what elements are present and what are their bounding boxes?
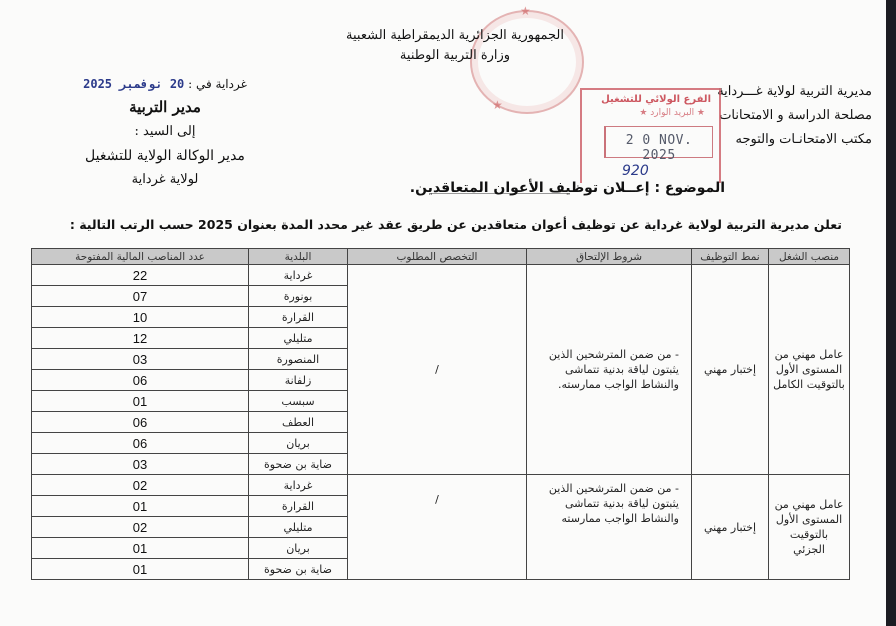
star-icon: ★ (492, 98, 503, 112)
mode-cell: إختبار مهني (692, 475, 769, 580)
header-count: عدد المناصب المالية المفتوحة (32, 249, 249, 265)
table-header-row: منصب الشغل نمط التوظيف شروط الإلتحاق الت… (32, 249, 850, 265)
reception-stamp: الفرع الولائي للتشغيل ★ البريد الوارد ★ … (580, 88, 721, 183)
count-cell: 06 (32, 433, 249, 454)
date-value: 20 نوفمبر 2025 (83, 77, 184, 91)
commune-cell: متليلي (249, 328, 348, 349)
count-cell: 10 (32, 307, 249, 328)
count-cell: 03 (32, 454, 249, 475)
viewer-background (886, 0, 896, 626)
stamp-mail-label: ★ البريد الوارد ★ (639, 108, 705, 118)
commune-cell: متليلي (249, 517, 348, 538)
stamp-agency: الفرع الولائي للتشغيل (601, 94, 711, 105)
commune-cell: سبسب (249, 391, 348, 412)
table-row: عامل مهني من المستوى الأول بالتوقيت الكا… (32, 265, 850, 286)
commune-cell: المنصورة (249, 349, 348, 370)
commune-cell: غرداية (249, 475, 348, 496)
mode-cell: إختبار مهني (692, 265, 769, 475)
stamp-number: 920 (622, 163, 649, 179)
sender-title: مدير التربية (40, 94, 290, 120)
stamp-date: 2 0 NOV. 2025 (606, 133, 712, 163)
header-mode: نمط التوظيف (692, 249, 769, 265)
commune-cell: القرارة (249, 496, 348, 517)
date-line: غرداية في : 20 نوفمبر 2025 (40, 74, 290, 94)
table-row: عامل مهني من المستوى الأول بالتوقيت الجز… (32, 475, 850, 496)
specialty-cell: / (348, 265, 527, 475)
count-cell: 06 (32, 412, 249, 433)
star-icon: ★ (520, 4, 531, 18)
specialty-cell: / (348, 475, 527, 580)
addressee-block: غرداية في : 20 نوفمبر 2025 مدير التربية … (40, 74, 290, 192)
recipient-title: مدير الوكالة الولاية للتشغيل (40, 144, 290, 168)
subject-line: الموضوع : إعــلان توظيف الأعوان المتعاقد… (345, 180, 725, 196)
commune-cell: ضاية بن ضحوة (249, 454, 348, 475)
count-cell: 02 (32, 517, 249, 538)
commune-cell: بونورة (249, 286, 348, 307)
header-commune: البلدية (249, 249, 348, 265)
count-cell: 06 (32, 370, 249, 391)
recipient-wilaya: لولاية غرداية (40, 168, 290, 192)
commune-cell: ضاية بن ضحوة (249, 559, 348, 580)
stamp-date-box: 2 0 NOV. 2025 (604, 126, 713, 158)
count-cell: 01 (32, 538, 249, 559)
count-cell: 01 (32, 496, 249, 517)
position-cell: عامل مهني من المستوى الأول بالتوقيت الكا… (769, 265, 850, 475)
count-cell: 02 (32, 475, 249, 496)
intro-paragraph: تعلن مديرية التربية لولاية غرداية عن توظ… (142, 217, 842, 232)
ministry-title: وزارة التربية الوطنية (300, 46, 610, 66)
commune-cell: القرارة (249, 307, 348, 328)
count-cell: 07 (32, 286, 249, 307)
header-conditions: شروط الإلتحاق (527, 249, 692, 265)
commune-cell: العطف (249, 412, 348, 433)
count-cell: 01 (32, 391, 249, 412)
commune-cell: زلفانة (249, 370, 348, 391)
count-cell: 01 (32, 559, 249, 580)
document-page: ★ ★ الجمهورية الجزائرية الديمقراطية الشع… (0, 0, 886, 626)
conditions-cell: - من ضمن المترشحين الذين يثبتون لياقة بد… (527, 475, 692, 580)
count-cell: 12 (32, 328, 249, 349)
count-cell: 22 (32, 265, 249, 286)
header-position: منصب الشغل (769, 249, 850, 265)
count-cell: 03 (32, 349, 249, 370)
to-label: إلى السيد : (40, 120, 290, 144)
header-specialty: التخصص المطلوب (348, 249, 527, 265)
date-label: غرداية في : (188, 77, 247, 91)
conditions-cell: - من ضمن المترشحين الذين يثبتون لياقة بد… (527, 265, 692, 475)
commune-cell: بريان (249, 538, 348, 559)
republic-title: الجمهورية الجزائرية الديمقراطية الشعبية (300, 26, 610, 46)
commune-cell: غرداية (249, 265, 348, 286)
position-cell: عامل مهني من المستوى الأول بالتوقيت الجز… (769, 475, 850, 580)
commune-cell: بريان (249, 433, 348, 454)
national-header: الجمهورية الجزائرية الديمقراطية الشعبية … (300, 26, 610, 66)
positions-table: منصب الشغل نمط التوظيف شروط الإلتحاق الت… (31, 248, 850, 580)
